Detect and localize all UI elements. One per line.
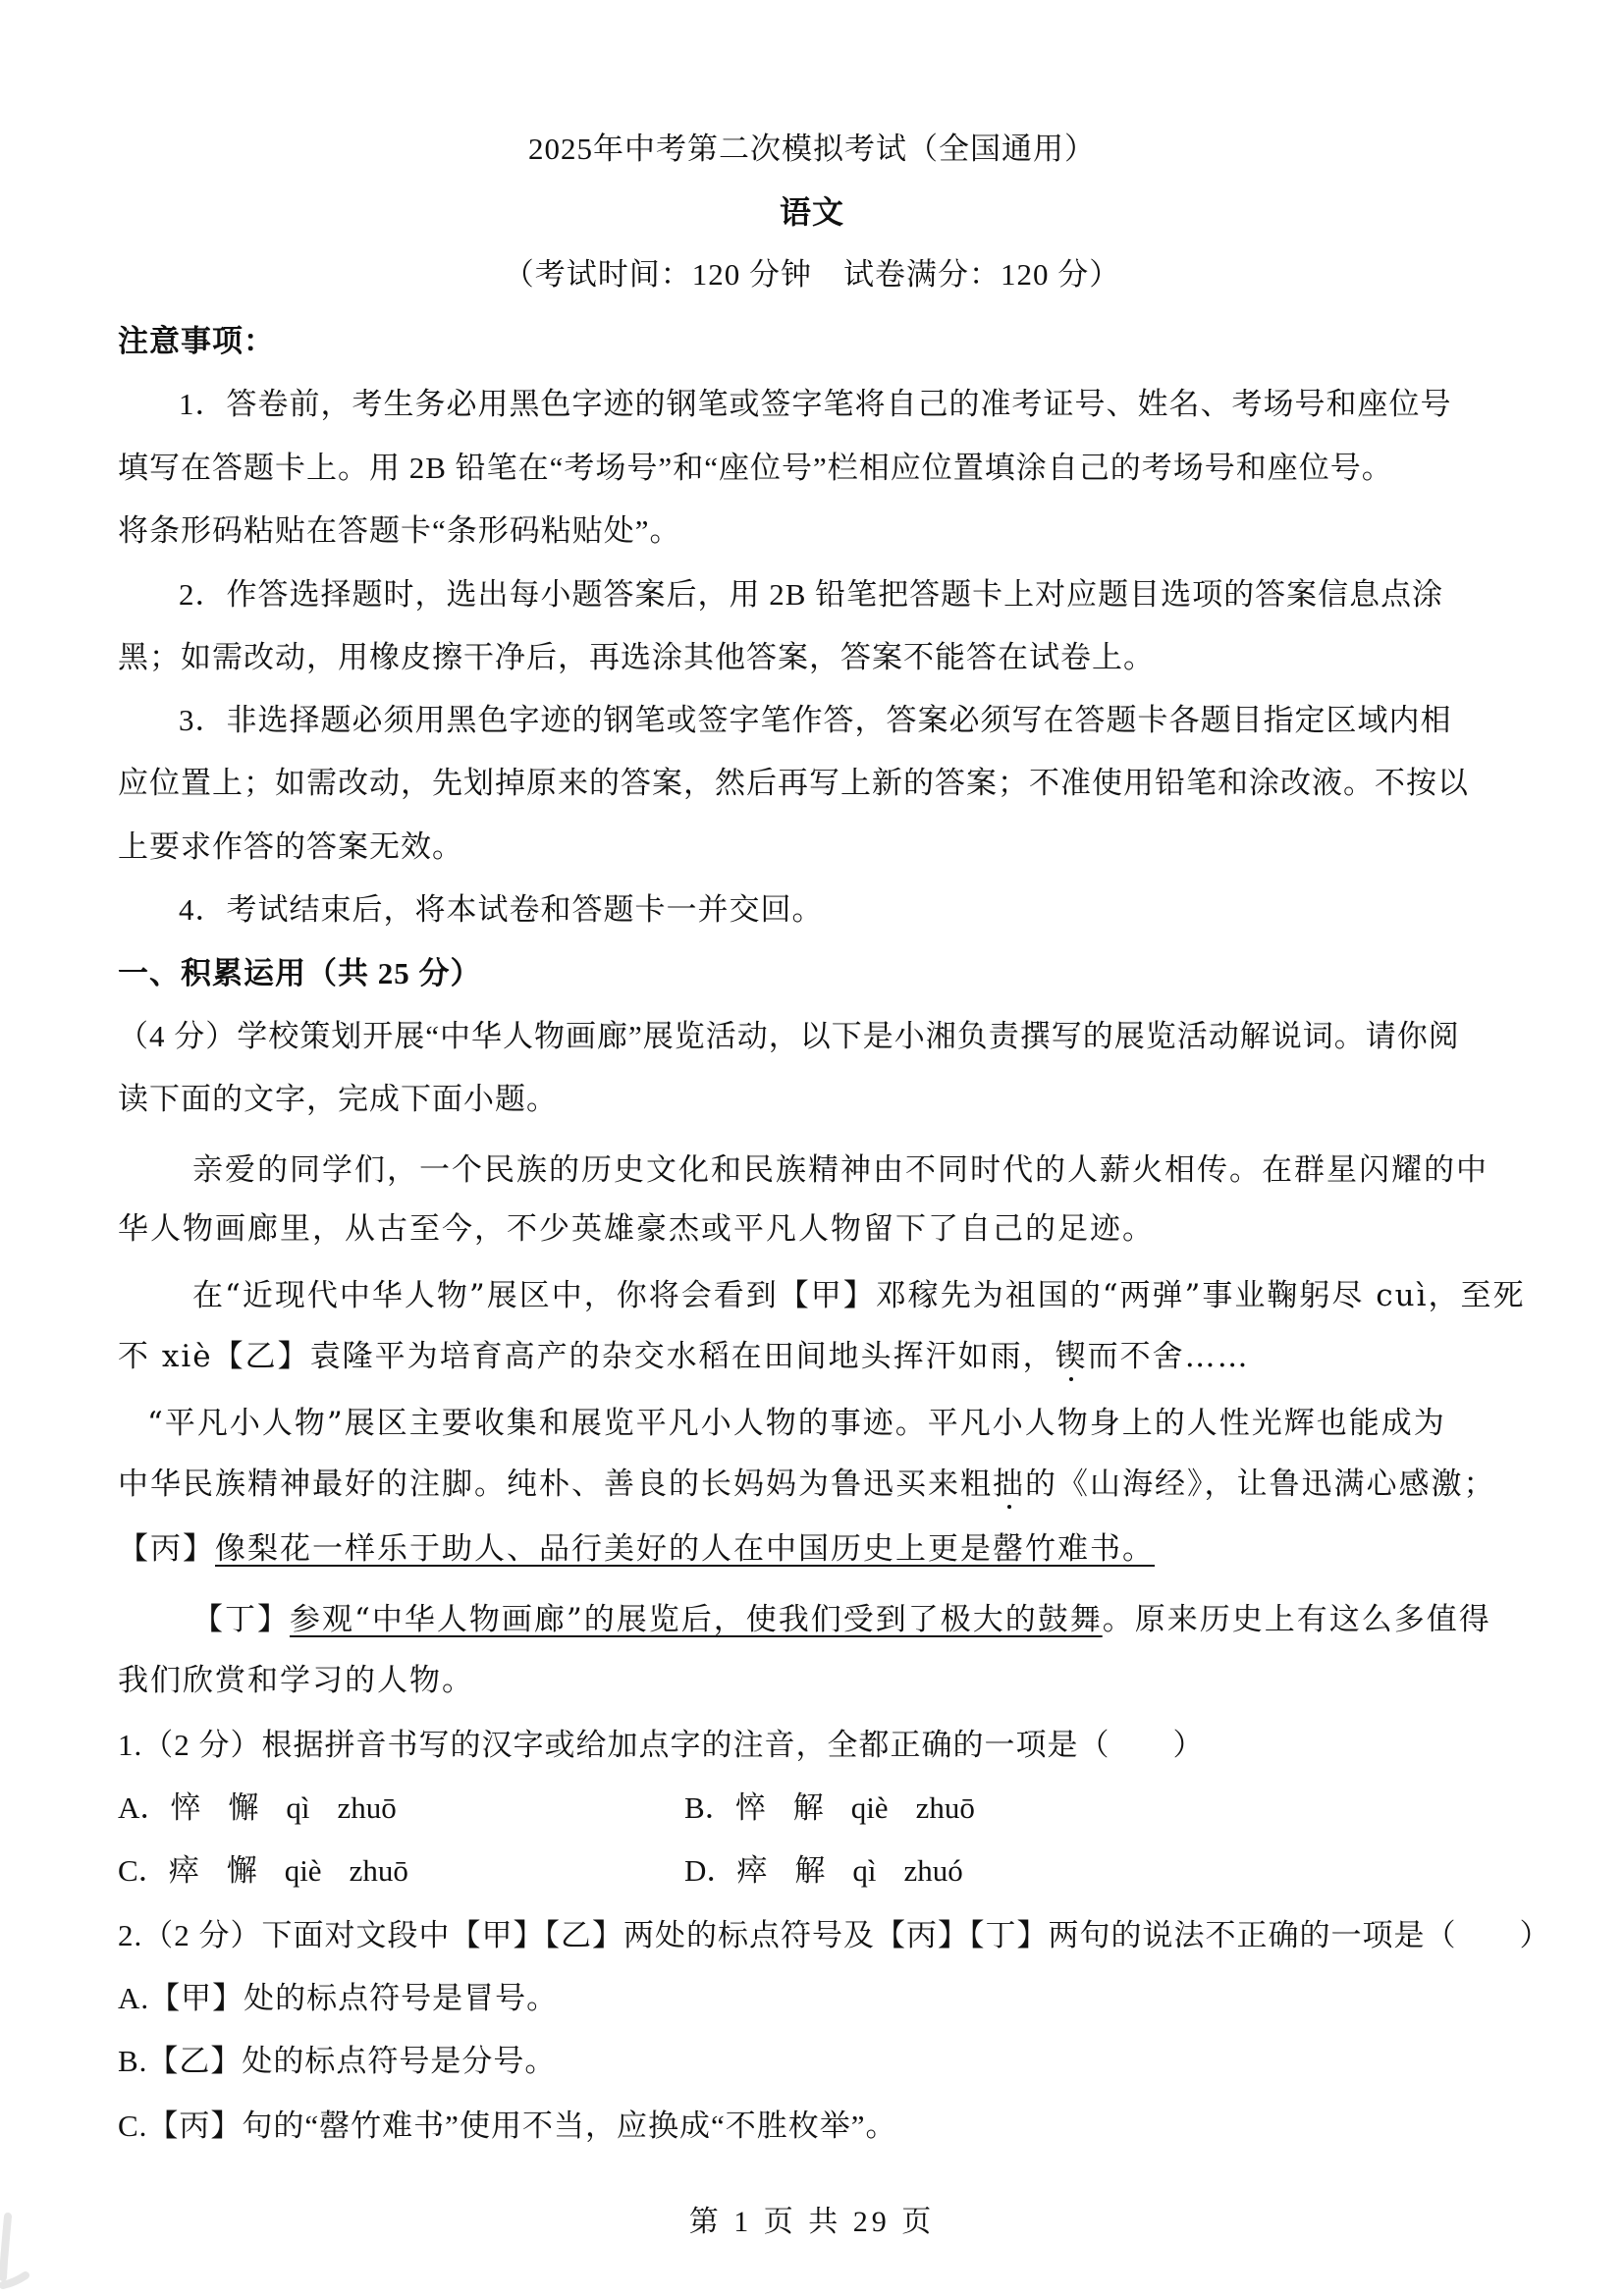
sentence-ding-underlined: 参观“中华人物画廊”的展览后，使我们受到了极大的鼓舞	[290, 1602, 1103, 1637]
passage-p3-text-b: 的《山海经》，让鲁迅满心感激；	[1025, 1467, 1496, 1502]
question-2-option-a[interactable]: A.【甲】处的标点符号是冒号。	[118, 1979, 558, 2018]
option-part: qiè	[285, 1853, 322, 1888]
passage-p4-rest: 。原来历史上有这么多值得	[1103, 1602, 1491, 1637]
question-1-option-b[interactable]: B．悴解qièzhuō	[684, 1789, 975, 1828]
passage-p4-line-1: 【丁】参观“中华人物画廊”的展览后，使我们受到了极大的鼓舞。原来历史上有这么多值…	[192, 1600, 1491, 1639]
passage-p2-text-a: 不 xiè【乙】袁隆平为培育高产的杂交水稻在田间地头挥汗如雨，	[118, 1339, 1056, 1374]
passage-p4-line-2: 我们欣赏和学习的人物。	[118, 1661, 474, 1700]
question-2-option-c[interactable]: C.【丙】句的“罄竹难书”使用不当，应换成“不胜枚举”。	[118, 2107, 896, 2146]
exam-title: 2025年中考第二次模拟考试（全国通用）	[0, 130, 1624, 169]
passage-p2-line-2: 不 xiè【乙】袁隆平为培育高产的杂交水稻在田间地头挥汗如雨，锲而不舍……	[118, 1337, 1250, 1376]
question-1-option-c[interactable]: C．瘁懈qièzhuō	[118, 1851, 408, 1891]
exam-page: 2025年中考第二次模拟考试（全国通用） 语文 （考试时间：120 分钟 试卷满…	[0, 0, 1624, 2296]
notice-1-line-3: 将条形码粘贴在答题卡“条形码粘贴处”。	[118, 511, 681, 551]
option-part: qì	[852, 1853, 876, 1888]
page-number: 第 1 页 共 29 页	[0, 2197, 1624, 2240]
notice-2-line-1: 2．作答选择题时，选出每小题答案后，用 2B 铅笔把答题卡上对应题目选项的答案信…	[179, 575, 1443, 614]
sentence-bing-label: 【丙】	[118, 1531, 215, 1567]
notices-heading: 注意事项：	[118, 322, 275, 361]
notice-3-line-1: 3．非选择题必须用黑色字迹的钢笔或签字笔作答，答案必须写在答题卡各题目指定区域内…	[179, 701, 1452, 740]
option-part: 悴	[735, 1790, 766, 1825]
passage-p3-line-1: “平凡小人物”展区主要收集和展览平凡小人物的事迹。平凡小人物身上的人性光辉也能成…	[147, 1404, 1446, 1443]
option-part: zhuó	[904, 1853, 963, 1888]
section-intro-line-1: （4 分）学校策划开展“中华人物画廊”展览活动，以下是小湘负责撰写的展览活动解说…	[118, 1017, 1460, 1056]
notice-3-line-3: 上要求作答的答案无效。	[118, 828, 463, 867]
sentence-bing-underlined: 像梨花一样乐于助人、品行美好的人在中国历史上更是罄竹难书。	[215, 1531, 1155, 1567]
option-label: B．	[684, 1790, 735, 1825]
option-label: D．	[684, 1853, 736, 1888]
notice-2-line-2: 黑；如需改动，用橡皮擦干净后，再选涂其他答案，答案不能答在试卷上。	[118, 638, 1155, 677]
section-intro-line-2: 读下面的文字，完成下面小题。	[118, 1080, 558, 1119]
option-part: 解	[793, 1790, 824, 1825]
passage-p3-line-3: 【丙】像梨花一样乐于助人、品行美好的人在中国历史上更是罄竹难书。	[118, 1529, 1155, 1569]
question-2-option-b[interactable]: B.【乙】处的标点符号是分号。	[118, 2042, 556, 2081]
passage-p3-line-2: 中华民族精神最好的注脚。纯朴、善良的长妈妈为鲁迅买来粗拙的《山海经》，让鲁迅满心…	[118, 1465, 1496, 1504]
option-part: 解	[794, 1853, 825, 1888]
question-1-option-a[interactable]: A．悴懈qìzhuō	[118, 1789, 397, 1828]
sentence-ding-label: 【丁】	[192, 1602, 290, 1637]
option-part: 懈	[227, 1853, 257, 1888]
passage-p1-line-2: 华人物画廊里，从古至今，不少英雄豪杰或平凡人物留下了自己的足迹。	[118, 1209, 1155, 1249]
corner-watermark-icon	[0, 2209, 29, 2292]
passage-p2-text-b: 而不舍……	[1088, 1339, 1250, 1374]
exam-info: （考试时间：120 分钟 试卷满分：120 分）	[0, 255, 1624, 294]
option-part: zhuō	[916, 1790, 975, 1825]
option-label: A．	[118, 1790, 170, 1825]
section-1-heading: 一、积累运用（共 25 分）	[118, 954, 482, 993]
dotted-char-qie: 锲	[1056, 1339, 1088, 1374]
option-part: 懈	[228, 1790, 258, 1825]
option-part: qiè	[851, 1790, 889, 1825]
notice-1-line-1: 1．答卷前，考生务必用黑色字迹的钢笔或签字笔将自己的准考证号、姓名、考场号和座位…	[179, 385, 1452, 424]
question-1-stem: 1.（2 分）根据拼音书写的汉字或给加点字的注音，全都正确的一项是（ ）	[118, 1726, 1205, 1765]
question-2-stem: 2.（2 分）下面对文段中【甲】【乙】两处的标点符号及【丙】【丁】两句的说法不正…	[118, 1916, 1551, 1955]
passage-p1-line-1: 亲爱的同学们，一个民族的历史文化和民族精神由不同时代的人薪火相传。在群星闪耀的中	[192, 1150, 1489, 1190]
question-1-option-d[interactable]: D．瘁解qìzhuó	[684, 1851, 963, 1891]
notice-1-line-2: 填写在答题卡上。用 2B 铅笔在“考场号”和“座位号”栏相应位置填涂自己的考场号…	[118, 449, 1393, 488]
option-part: 瘁	[736, 1853, 767, 1888]
subject-title: 语文	[0, 192, 1624, 232]
option-part: 瘁	[169, 1853, 199, 1888]
notice-3-line-2: 应位置上；如需改动，先划掉原来的答案，然后再写上新的答案；不准使用铅笔和涂改液。…	[118, 764, 1469, 803]
option-part: zhuō	[338, 1790, 397, 1825]
option-label: C．	[118, 1853, 169, 1888]
passage-p2-line-1: 在“近现代中华人物”展区中，你将会看到【甲】邓稼先为祖国的“两弹”事业鞠躬尽 c…	[192, 1276, 1525, 1315]
passage-p3-text-a: 中华民族精神最好的注脚。纯朴、善良的长妈妈为鲁迅买来粗	[118, 1467, 993, 1502]
option-part: 悴	[170, 1790, 200, 1825]
option-part: zhuō	[350, 1853, 408, 1888]
option-part: qì	[286, 1790, 309, 1825]
notice-4-line-1: 4．考试结束后，将本试卷和答题卡一并交回。	[179, 890, 824, 930]
dotted-char-zhuo: 拙	[993, 1467, 1025, 1502]
